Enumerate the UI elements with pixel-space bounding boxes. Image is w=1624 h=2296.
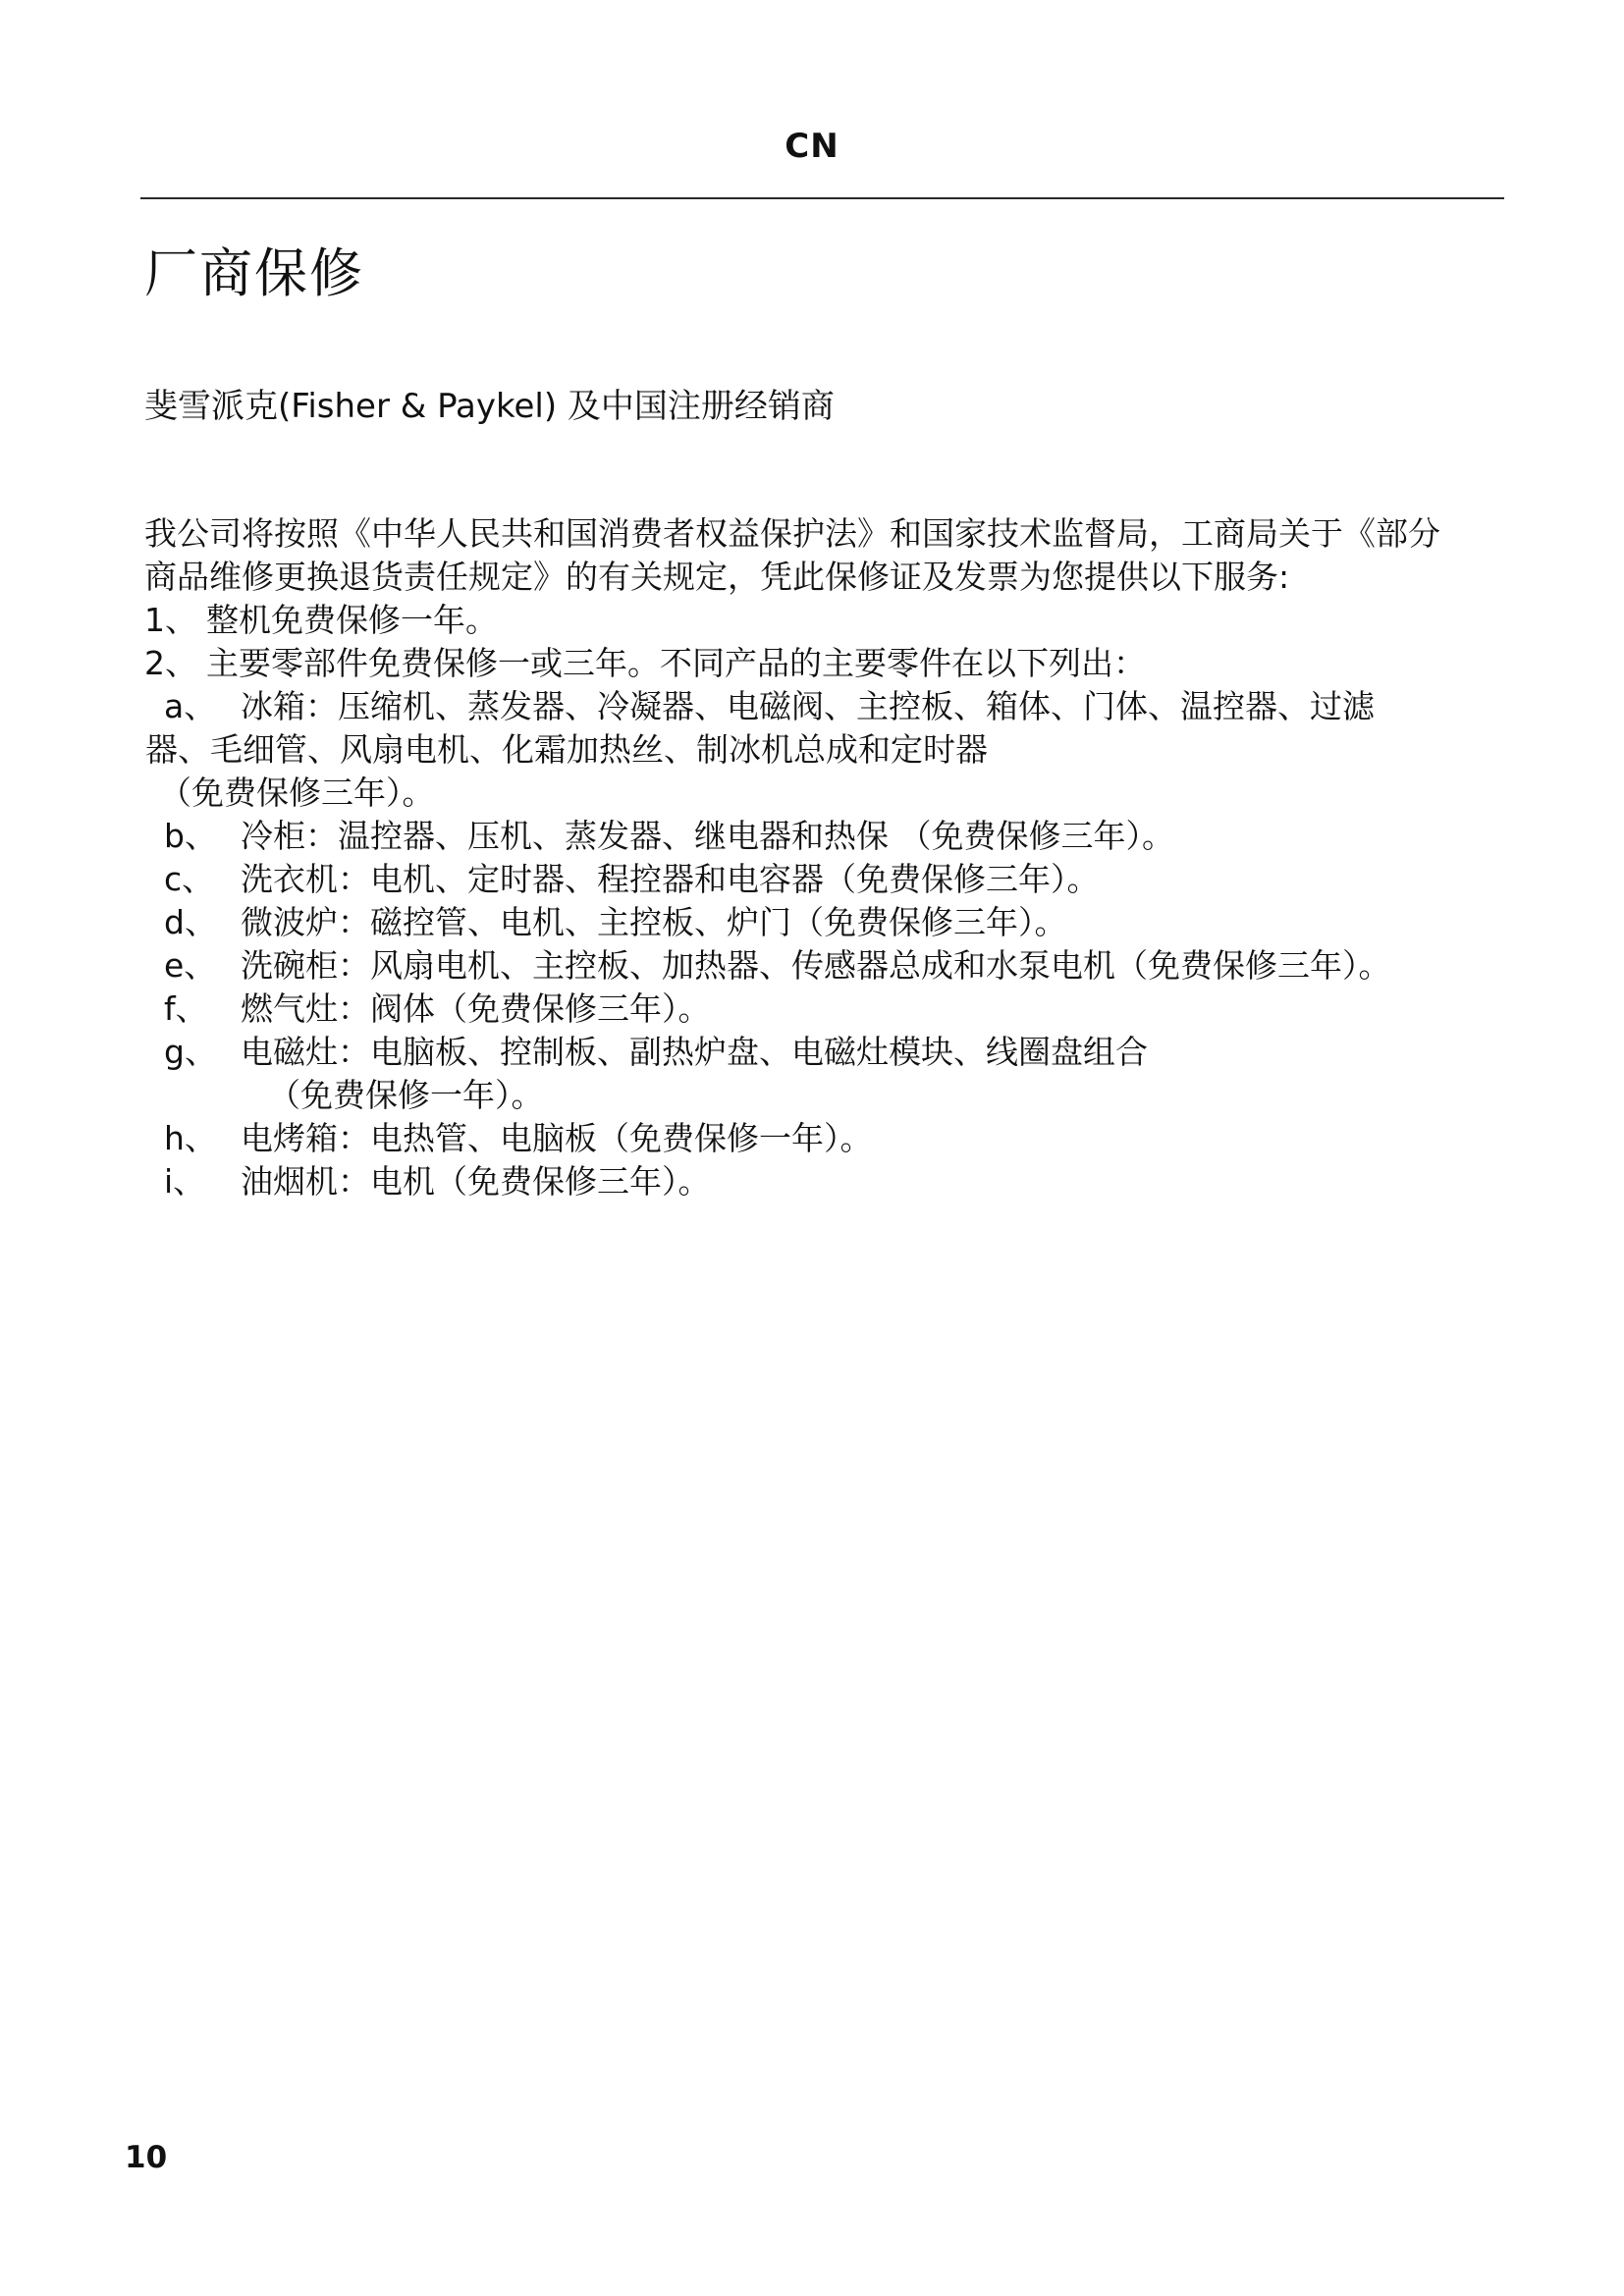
- line-marker: e、: [164, 944, 241, 988]
- line-text: 整机免费保修一年。: [206, 601, 498, 639]
- line-text: 电磁灶：电脑板、控制板、副热炉盘、电磁灶模块、线圈盘组合: [241, 1033, 1148, 1071]
- line-text: 冷柜：温控器、压机、蒸发器、继电器和热保 （免费保修三年）。: [241, 817, 1174, 855]
- header-divider: [140, 197, 1504, 199]
- warranty-line: c、洗衣机：电机、定时器、程控器和电容器（免费保修三年）。: [144, 858, 1519, 901]
- warranty-line: d、微波炉：磁控管、电机、主控板、炉门（免费保修三年）。: [144, 901, 1519, 944]
- line-text: 商品维修更换退货责任规定》的有关规定，凭此保修证及发票为您提供以下服务:: [144, 558, 1289, 596]
- warranty-line: h、电烤箱：电热管、电脑板（免费保修一年）。: [144, 1117, 1519, 1160]
- line-marker: i、: [164, 1160, 241, 1203]
- page-number: 10: [125, 2140, 167, 2175]
- warranty-line: （免费保修一年）。: [144, 1074, 1519, 1117]
- line-text: 燃气灶：阀体（免费保修三年）。: [241, 989, 711, 1028]
- warranty-line: i、油烟机：电机（免费保修三年）。: [144, 1160, 1519, 1203]
- line-marker: g、: [164, 1031, 241, 1074]
- document-page: CN 厂商保修 斐雪派克(Fisher & Paykel) 及中国注册经销商 我…: [0, 0, 1624, 2296]
- line-marker: b、: [164, 815, 241, 858]
- line-text: 电烤箱：电热管、电脑板（免费保修一年）。: [241, 1119, 873, 1157]
- line-marker: f、: [164, 988, 241, 1031]
- line-text: （免费保修三年）。: [159, 774, 435, 812]
- line-marker: 1、: [144, 599, 206, 642]
- line-marker: h、: [164, 1117, 241, 1160]
- line-text: 我公司将按照《中华人民共和国消费者权益保护法》和国家技术监督局，工商局关于《部分: [144, 514, 1440, 553]
- warranty-line: （免费保修三年）。: [144, 772, 1519, 815]
- line-text: 器、毛细管、风扇电机、化霜加热丝、制冰机总成和定时器: [145, 730, 988, 769]
- warranty-line: 器、毛细管、风扇电机、化霜加热丝、制冰机总成和定时器: [144, 728, 1519, 772]
- line-text: 冰箱：压缩机、蒸发器、冷凝器、电磁阀、主控板、箱体、门体、温控器、过滤: [241, 687, 1375, 725]
- warranty-terms: 我公司将按照《中华人民共和国消费者权益保护法》和国家技术监督局，工商局关于《部分…: [144, 512, 1519, 1203]
- warranty-line: 商品维修更换退货责任规定》的有关规定，凭此保修证及发票为您提供以下服务:: [144, 556, 1519, 599]
- line-marker: c、: [164, 858, 241, 901]
- warranty-line: g、电磁灶：电脑板、控制板、副热炉盘、电磁灶模块、线圈盘组合: [144, 1031, 1519, 1074]
- line-text: 洗碗柜：风扇电机、主控板、加热器、传感器总成和水泵电机（免费保修三年）。: [241, 946, 1391, 985]
- warranty-line: 1、整机免费保修一年。: [144, 599, 1519, 642]
- warranty-line: a、冰箱：压缩机、蒸发器、冷凝器、电磁阀、主控板、箱体、门体、温控器、过滤: [144, 685, 1519, 728]
- company-line: 斐雪派克(Fisher & Paykel) 及中国注册经销商: [144, 379, 835, 427]
- line-text: （免费保修一年）。: [268, 1076, 544, 1114]
- line-marker: d、: [164, 901, 241, 944]
- line-marker: 2、: [144, 642, 206, 685]
- warranty-line: 我公司将按照《中华人民共和国消费者权益保护法》和国家技术监督局，工商局关于《部分: [144, 512, 1519, 556]
- warranty-line: 2、主要零部件免费保修一或三年。不同产品的主要零件在以下列出：: [144, 642, 1519, 685]
- line-text: 油烟机：电机（免费保修三年）。: [241, 1162, 711, 1201]
- warranty-line: b、冷柜：温控器、压机、蒸发器、继电器和热保 （免费保修三年）。: [144, 815, 1519, 858]
- page-title: 厂商保修: [144, 232, 364, 307]
- line-text: 微波炉：磁控管、电机、主控板、炉门（免费保修三年）。: [241, 903, 1067, 941]
- line-marker: a、: [164, 685, 241, 728]
- line-text: 洗衣机：电机、定时器、程控器和电容器（免费保修三年）。: [241, 860, 1100, 898]
- warranty-line: f、燃气灶：阀体（免费保修三年）。: [144, 988, 1519, 1031]
- warranty-line: e、洗碗柜：风扇电机、主控板、加热器、传感器总成和水泵电机（免费保修三年）。: [144, 944, 1519, 988]
- line-text: 主要零部件免费保修一或三年。不同产品的主要零件在以下列出：: [206, 644, 1146, 682]
- language-code-header: CN: [0, 127, 1624, 166]
